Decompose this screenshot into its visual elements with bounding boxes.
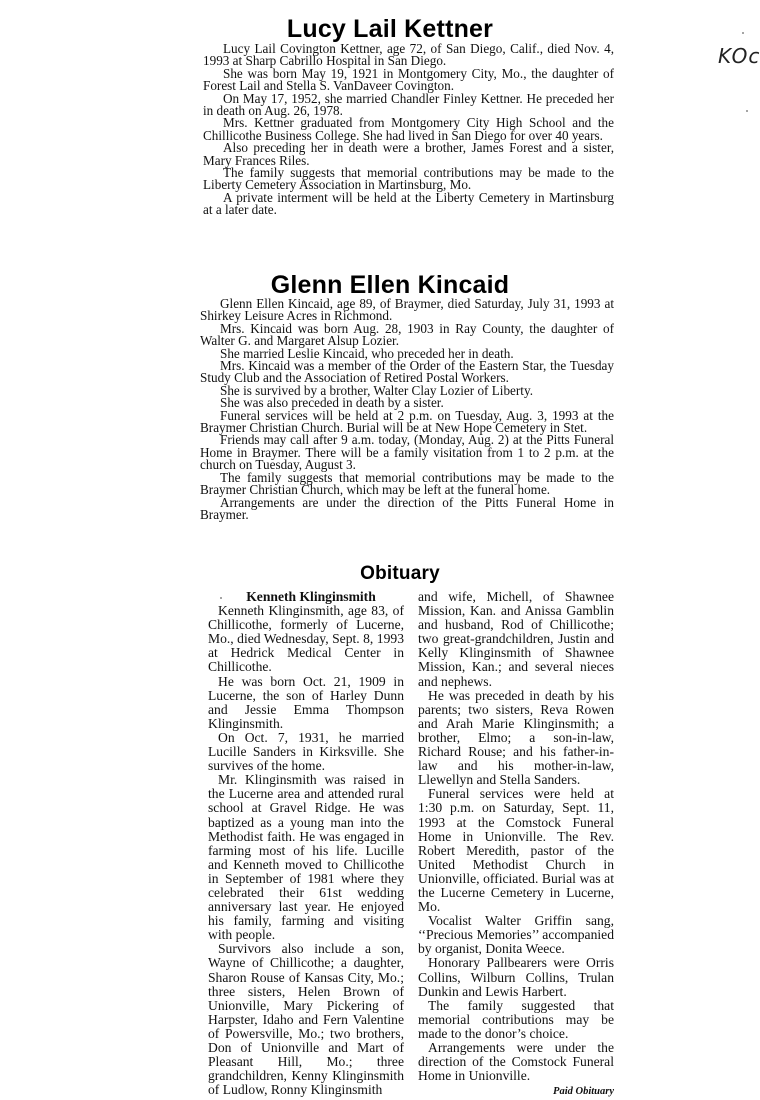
paragraph: Mrs. Kettner graduated from Montgomery C… — [203, 117, 614, 142]
paragraph: Friends may call after 9 a.m. today, (Mo… — [200, 434, 614, 471]
paragraph: Arrangements were under the direction of… — [418, 1041, 614, 1083]
paragraph: Kenneth Klinginsmith, age 83, of Chillic… — [208, 604, 404, 674]
paragraph: Vocalist Walter Griffin sang, ‘‘Precious… — [418, 914, 614, 956]
paid-obituary-footer: Paid Obituary — [418, 1085, 614, 1099]
paragraph: Glenn Ellen Kincaid, age 89, of Braymer,… — [200, 298, 614, 323]
obituary-body-kettner: Lucy Lail Covington Kettner, age 72, of … — [203, 43, 614, 217]
obituary-headline-kettner: Lucy Lail Kettner — [200, 14, 580, 44]
paragraph: Mrs. Kincaid was a member of the Order o… — [200, 360, 614, 385]
scan-speck — [220, 597, 222, 599]
paragraph: Funeral services were held at 1:30 p.m. … — [418, 787, 614, 914]
paragraph: Lucy Lail Covington Kettner, age 72, of … — [203, 43, 614, 68]
paragraph: Mr. Klinginsmith was raised in the Lucer… — [208, 773, 404, 942]
paragraph: He was born Oct. 21, 1909 in Lucerne, th… — [208, 675, 404, 731]
obituary-column-left: Kenneth Klinginsmith Kenneth Klinginsmit… — [208, 590, 404, 1097]
paragraph: Mrs. Kincaid was born Aug. 28, 1903 in R… — [200, 323, 614, 348]
paragraph: A private interment will be held at the … — [203, 192, 614, 217]
paragraph: He was preceded in death by his parents;… — [418, 689, 614, 788]
paragraph: Honorary Pallbearers were Orris Collins,… — [418, 956, 614, 998]
paragraph: The family suggests that memorial contri… — [200, 472, 614, 497]
paragraph: The family suggests that memorial contri… — [203, 167, 614, 192]
paragraph: and wife, Michell, of Shawnee Mission, K… — [418, 590, 614, 689]
obituary-column-right: and wife, Michell, of Shawnee Mission, K… — [418, 590, 614, 1099]
obituary-section-heading: Obituary — [300, 562, 500, 586]
newspaper-clipping-page: KOc Lucy Lail Kettner Lucy Lail Covingto… — [0, 0, 760, 1100]
handwritten-margin-note: KOc — [718, 44, 760, 68]
obituary-subhead-klinginsmith: Kenneth Klinginsmith — [208, 590, 404, 604]
obituary-body-kincaid: Glenn Ellen Kincaid, age 89, of Braymer,… — [200, 298, 614, 521]
paragraph: The family suggested that memorial contr… — [418, 999, 614, 1041]
paragraph: On May 17, 1952, she married Chandler Fi… — [203, 93, 614, 118]
paragraph: Also preceding her in death were a broth… — [203, 142, 614, 167]
paragraph: Arrangements are under the direction of … — [200, 497, 614, 522]
paragraph: Funeral services will be held at 2 p.m. … — [200, 410, 614, 435]
paragraph: On Oct. 7, 1931, he married Lucille Sand… — [208, 731, 404, 773]
scan-speck — [742, 32, 744, 34]
scan-speck — [746, 110, 748, 112]
paragraph: She was born May 19, 1921 in Montgomery … — [203, 68, 614, 93]
paragraph: Survivors also include a son, Wayne of C… — [208, 942, 404, 1097]
